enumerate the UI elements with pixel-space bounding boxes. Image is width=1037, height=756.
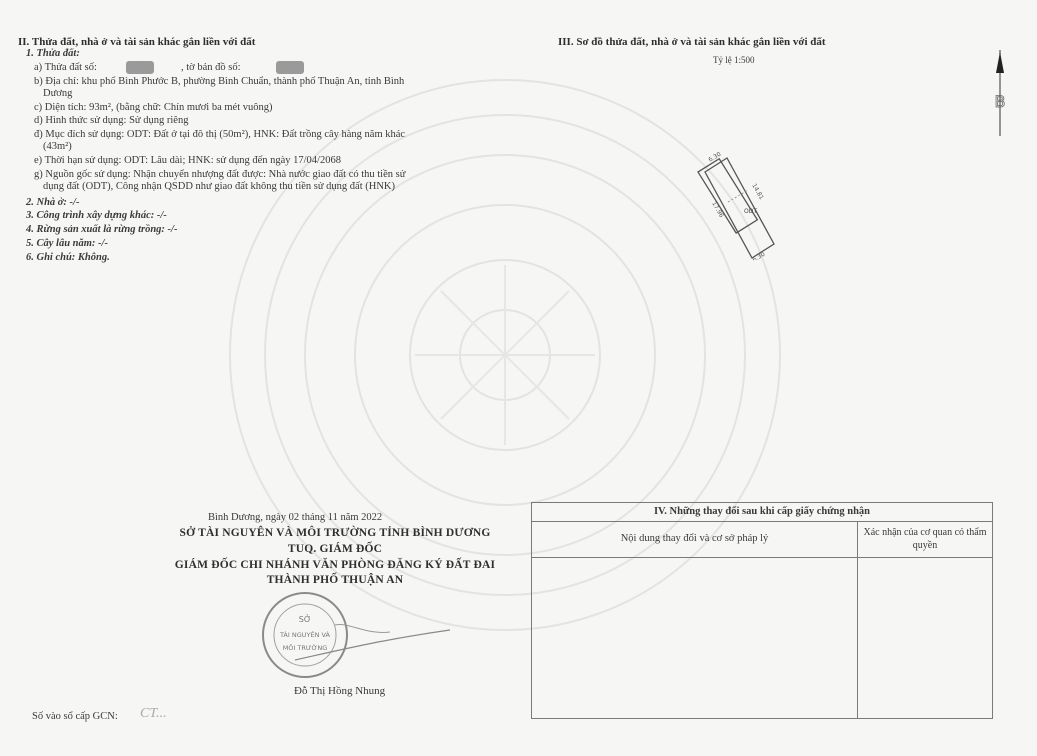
registry-number-value: CT... [140,708,167,720]
map-sheet-label: , tờ bản đồ số: [181,62,241,74]
item-planted-forest: 4. Rừng sản xuất là rừng trồng: -/- [26,224,177,235]
north-label: B [995,92,1006,111]
redacted-map-sheet-number [276,61,304,74]
svg-text:TÀI NGUYÊN VÀ: TÀI NGUYÊN VÀ [279,630,331,639]
edge-label-bottom: 6.30 [751,251,766,260]
subsection-parcel: 1. Thửa đất: [26,48,80,59]
changes-table-header: Nội dung thay đổi và cơ sở pháp lý Xác n… [532,521,992,558]
item-notes: 6. Ghi chú: Không. [26,252,110,263]
parcel-use-code: ODT [744,208,757,215]
edge-label-right: 14.81 [750,183,765,202]
column-header-change-content: Nội dung thay đổi và cơ sở pháp lý [532,521,857,557]
item-other-construction: 3. Công trình xây dựng khác: -/- [26,210,167,221]
map-scale: Tỷ lệ 1:500 [713,54,755,66]
address-line-1: b) Địa chỉ: khu phố Bình Phước B, phường… [34,76,404,88]
usage-purpose-line-1: đ) Mục đích sử dụng: ODT: Đất ở tại đô t… [34,129,405,141]
registry-number-label: Số vào sổ cấp GCN: [32,711,118,723]
usage-form: d) Hình thức sử dụng: Sử dụng riêng [34,115,188,127]
authorized-title: TUQ. GIÁM ĐỐC [140,543,530,555]
origin-line-2: dụng đất (ODT), Công nhận QSDD như giao … [43,181,395,193]
column-divider [857,521,858,718]
section-2-title: II. Thửa đất, nhà ở và tài sản khác gắn … [18,36,255,48]
redacted-parcel-number [126,61,154,74]
item-perennial-trees: 5. Cây lâu năm: -/- [26,238,108,249]
parcel-diagram: 6.30 14.81 17.96 6.30 ODT [690,140,820,260]
usage-term: e) Thời hạn sử dụng: ODT: Lâu dài; HNK: … [34,155,341,167]
parcel-number-label: a) Thửa đất số: [34,62,97,74]
signer-name: Đỗ Thị Hồng Nhung [294,685,385,697]
branch-director-line-2: THÀNH PHỐ THUẬN AN [140,574,530,586]
changes-table: IV. Những thay đổi sau khi cấp giấy chứn… [531,502,993,719]
issuing-authority: SỞ TÀI NGUYÊN VÀ MÔI TRƯỜNG TỈNH BÌNH DƯ… [140,527,530,539]
svg-text:SỞ: SỞ [299,613,311,624]
north-arrow-icon: B [985,40,1015,140]
sign-date-line: Bình Dương, ngày 02 tháng 11 năm 2022 [208,512,382,524]
area-text: c) Diện tích: 93m², (bằng chữ: Chín mươi… [34,102,273,114]
branch-director-line-1: GIÁM ĐỐC CHI NHÁNH VĂN PHÒNG ĐĂNG KÝ ĐẤT… [140,559,530,571]
origin-line-1: g) Nguồn gốc sử dụng: Nhận chuyển nhượng… [34,169,405,181]
item-house: 2. Nhà ở: -/- [26,197,79,208]
section-3-title: III. Sơ đồ thửa đất, nhà ở và tài sản kh… [558,36,826,48]
official-seal-icon: SỞ TÀI NGUYÊN VÀ MÔI TRƯỜNG [250,590,450,685]
usage-purpose-line-2: (43m²) [43,141,72,153]
svg-text:MÔI TRƯỜNG: MÔI TRƯỜNG [283,643,328,652]
address-line-2: Dương [43,88,72,100]
changes-table-title: IV. Những thay đổi sau khi cấp giấy chứn… [532,503,992,522]
column-header-authority-confirmation: Xác nhận của cơ quan có thẩm quyền [858,526,992,552]
